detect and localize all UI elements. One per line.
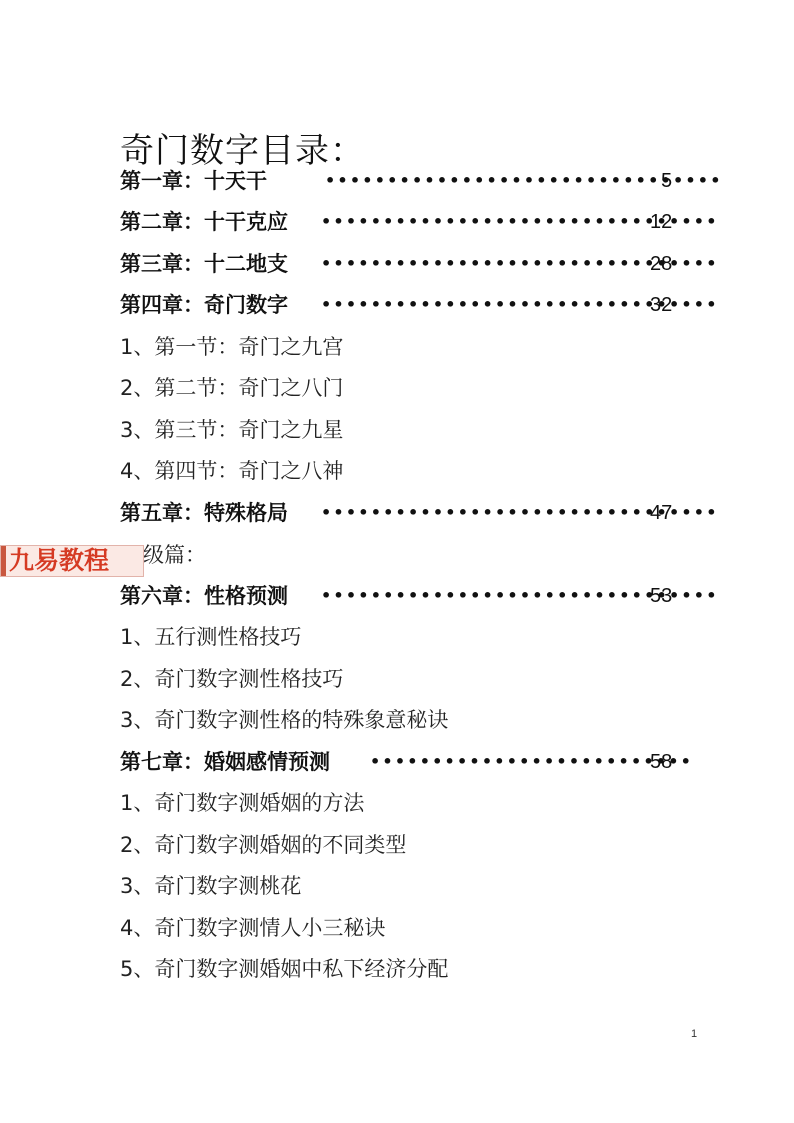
footer-page-number: 1 xyxy=(691,1028,697,1040)
chapter-label: 第三章：十二地支 xyxy=(120,252,288,276)
chapter-label: 第四章：奇门数字 xyxy=(120,293,288,317)
watermark-bar xyxy=(1,546,6,576)
chapter-label: 第六章：性格预测 xyxy=(120,584,288,608)
page-number: 5 xyxy=(661,166,672,196)
page-number: 12 xyxy=(650,207,672,237)
toc-section[interactable]: 4、第四节：奇门之八神 xyxy=(120,456,343,486)
toc-section[interactable]: 1、第一节：奇门之九宫 xyxy=(120,332,343,362)
toc-section[interactable]: 1、五行测性格技巧 xyxy=(120,622,301,652)
page-number: 32 xyxy=(650,290,672,320)
page-number: 53 xyxy=(650,581,672,611)
watermark-text: 九易教程 xyxy=(9,545,109,577)
toc-chapter-4[interactable]: 第四章：奇门数字 •••••••••••••••••••••••••••••••… xyxy=(120,290,675,320)
page-number: 28 xyxy=(650,249,672,279)
toc-chapter-7[interactable]: 第七章：婚姻感情预测 •••••••••••••••••••••••••• 58 xyxy=(120,747,675,777)
toc-section[interactable]: 2、奇门数字测性格技巧 xyxy=(120,664,343,694)
chapter-label: 第五章：特殊格局 xyxy=(120,501,288,525)
part-heading: 级篇： xyxy=(143,540,206,570)
watermark-badge: 九易教程 xyxy=(0,545,144,577)
chapter-label: 第二章：十干克应 xyxy=(120,210,288,234)
toc-section[interactable]: 5、奇门数字测婚姻中私下经济分配 xyxy=(120,954,448,984)
toc-section[interactable]: 3、奇门数字测桃花 xyxy=(120,871,301,901)
toc-section[interactable]: 3、奇门数字测性格的特殊象意秘诀 xyxy=(120,705,448,735)
toc-section[interactable]: 1、奇门数字测婚姻的方法 xyxy=(120,788,364,818)
toc-chapter-1[interactable]: 第一章：十天干 ••••••••••••••••••••••••••••••••… xyxy=(120,166,675,196)
toc-section[interactable]: 2、第二节：奇门之八门 xyxy=(120,373,343,403)
toc-section[interactable]: 3、第三节：奇门之九星 xyxy=(120,415,343,445)
page-number: 47 xyxy=(650,498,672,528)
toc-chapter-6[interactable]: 第六章：性格预测 •••••••••••••••••••••••••••••••… xyxy=(120,581,675,611)
chapter-label: 第七章：婚姻感情预测 xyxy=(120,750,330,774)
chapter-label: 第一章：十天干 xyxy=(120,169,267,193)
toc-chapter-3[interactable]: 第三章：十二地支 •••••••••••••••••••••••••••••••… xyxy=(120,249,675,279)
page-number: 58 xyxy=(650,747,672,777)
toc-section[interactable]: 2、奇门数字测婚姻的不同类型 xyxy=(120,830,406,860)
toc-section[interactable]: 4、奇门数字测情人小三秘诀 xyxy=(120,913,385,943)
dot-leader: •••••••••••••••••••••••••• xyxy=(370,747,693,777)
toc-chapter-2[interactable]: 第二章：十干克应 •••••••••••••••••••••••••••••••… xyxy=(120,207,675,237)
toc-chapter-5[interactable]: 第五章：特殊格局 •••••••••••••••••••••••••••••••… xyxy=(120,498,675,528)
